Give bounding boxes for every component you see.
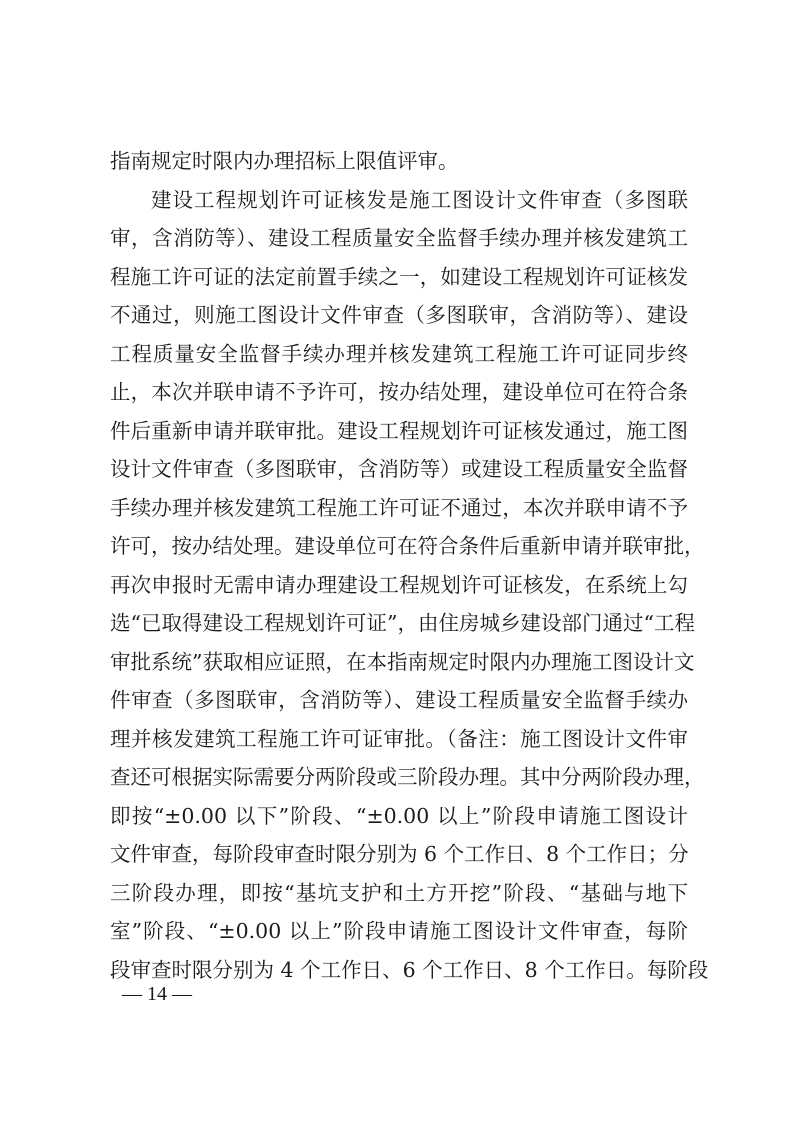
page-number: — 14 — [122,982,192,1006]
text-line: 三阶段办理，即按“基坑支护和土方开挖”阶段、“基础与地下 [110,874,688,913]
text-line: 设计文件审查（多图联审，含消防等）或建设工程质量安全监督 [110,450,688,489]
text-line: 程施工许可证的法定前置手续之一，如建设工程规划许可证核发 [110,258,688,297]
text-line: 即按“±0.00 以下”阶段、“±0.00 以上”阶段申请施工图设计 [110,797,688,836]
text-line: 室”阶段、“±0.00 以上”阶段申请施工图设计文件审查，每阶 [110,912,688,951]
text-line: 审，含消防等）、建设工程质量安全监督手续办理并核发建筑工 [110,219,688,258]
text-line: 审批系统”获取相应证照，在本指南规定时限内办理施工图设计文 [110,643,688,682]
text-line: 指南规定时限内办理招标上限值评审。 [110,142,688,181]
text-line: 段审查时限分别为 4 个工作日、6 个工作日、8 个工作日。每阶段 [110,951,688,990]
text-line: 手续办理并核发建筑工程施工许可证不通过，本次并联申请不予 [110,489,688,528]
document-page: 指南规定时限内办理招标上限值评审。 建设工程规划许可证核发是施工图设计文件审查（… [0,0,793,1122]
text-line: 止，本次并联申请不予许可，按办结处理，建设单位可在符合条 [110,373,688,412]
text-line: 件后重新申请并联审批。建设工程规划许可证核发通过，施工图 [110,412,688,451]
text-line: 选“已取得建设工程规划许可证”，由住房城乡建设部门通过“工程 [110,604,688,643]
text-line: 查还可根据实际需要分两阶段或三阶段办理。其中分两阶段办理， [110,758,688,797]
text-line: 工程质量安全监督手续办理并核发建筑工程施工许可证同步终 [110,335,688,374]
text-line: 许可，按办结处理。建设单位可在符合条件后重新申请并联审批， [110,527,688,566]
text-line: 再次申报时无需申请办理建设工程规划许可证核发，在系统上勾 [110,566,688,605]
text-line: 件审查（多图联审，含消防等）、建设工程质量安全监督手续办 [110,681,688,720]
text-line: 文件审查，每阶段审查时限分别为 6 个工作日、8 个工作日；分 [110,835,688,874]
text-line: 理并核发建筑工程施工许可证审批。（备注：施工图设计文件审 [110,720,688,759]
text-line: 建设工程规划许可证核发是施工图设计文件审查（多图联 [110,181,688,220]
text-line: 不通过，则施工图设计文件审查（多图联审，含消防等）、建设 [110,296,688,335]
body-text: 指南规定时限内办理招标上限值评审。 建设工程规划许可证核发是施工图设计文件审查（… [110,142,688,989]
